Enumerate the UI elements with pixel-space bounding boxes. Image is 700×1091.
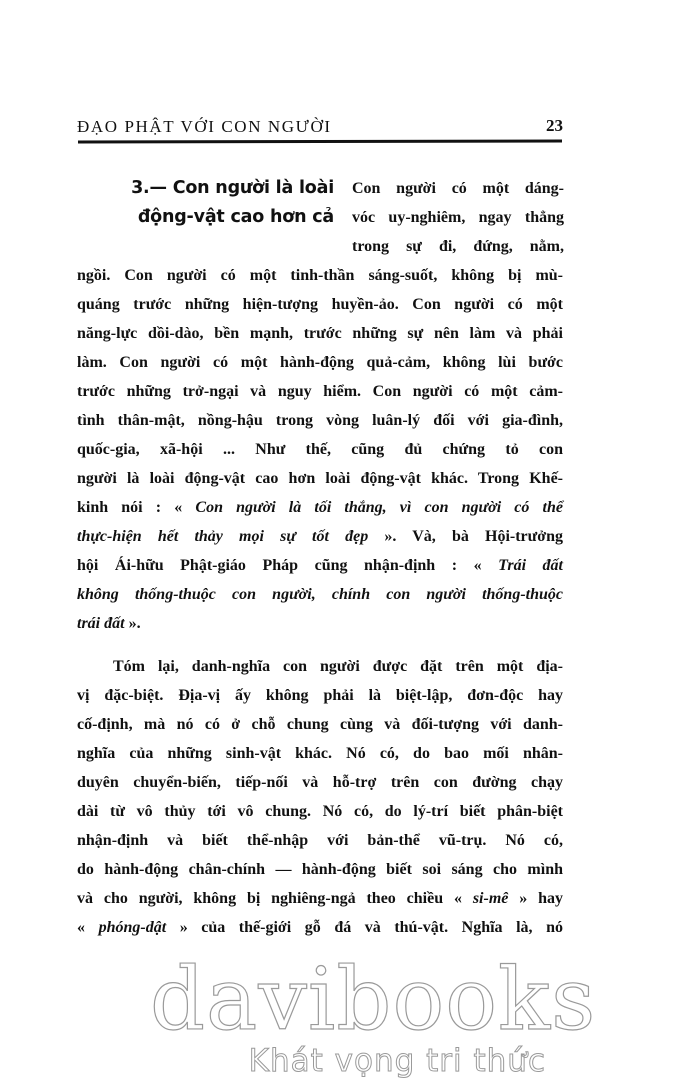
section-side-text: Con người có một dáng- vóc uy-nghiêm, ng… — [352, 174, 564, 261]
text-line: cố-định, mà nó có ở chỗ chung cùng và đố… — [77, 710, 563, 739]
text-line: hội Ái-hữu Phật-giáo Pháp cũng nhận-định… — [77, 551, 563, 580]
italic-quote: Con người là tối thắng, vì con người có … — [195, 499, 563, 516]
text-segment: quốc-gia, xã-hội ... Như thế, cũng đủ ch… — [77, 441, 563, 458]
text-segment: trước những trở-ngại và nguy hiểm. Con n… — [77, 383, 563, 400]
text-segment: do hành-động chân-chính — hành-động biết… — [77, 861, 563, 878]
text-segment: ngồi. Con người có một tinh-thần sáng-su… — [77, 267, 563, 284]
italic-quote: Trái đất — [498, 557, 563, 574]
text-segment: kinh nói : « — [77, 499, 195, 516]
text-segment: dài từ vô thủy tới vô chung. Nó có, do l… — [77, 803, 563, 820]
text-line: và cho người, không bị nghiêng-ngả theo … — [77, 884, 563, 913]
italic-quote: trái đất — [77, 615, 125, 632]
text-segment: hội Ái-hữu Phật-giáo Pháp cũng nhận-định… — [77, 557, 498, 574]
paragraph-1: ngồi. Con người có một tinh-thần sáng-su… — [77, 261, 563, 638]
text-segment: ». Và, bà Hội-trưởng — [368, 528, 563, 545]
italic-quote: không thống-thuộc con người, chính con n… — [77, 586, 563, 603]
text-segment: « — [77, 919, 99, 936]
text-segment: nghĩa của những sinh-vật khác. Nó có, do… — [77, 745, 563, 762]
running-title: ĐẠO PHẬT VỚI CON NGƯỜI — [77, 117, 332, 137]
text-line: quáng trước những hiện-tượng huyền-ảo. C… — [77, 290, 563, 319]
text-segment: cố-định, mà nó có ở chỗ chung cùng và đố… — [77, 716, 563, 733]
header-rule — [78, 139, 562, 143]
paragraph-2: Tóm lại, danh-nghĩa con người được đặt t… — [77, 652, 563, 942]
text-line: người là loài động-vật cao hơn loài động… — [77, 464, 563, 493]
text-line: vị đặc-biệt. Địa-vị ấy không phải là biệ… — [77, 681, 563, 710]
running-header: ĐẠO PHẬT VỚI CON NGƯỜI 23 — [77, 117, 563, 139]
text-segment: năng-lực dồi-dào, bền mạnh, trước những … — [77, 325, 563, 342]
page-number: 23 — [546, 116, 563, 136]
watermark-tagline: Khát vọng tri thức — [249, 1043, 546, 1079]
text-line: quốc-gia, xã-hội ... Như thế, cũng đủ ch… — [77, 435, 563, 464]
text-line: trái đất ». — [77, 609, 563, 638]
text-line: kinh nói : « Con người là tối thắng, vì … — [77, 493, 563, 522]
text-segment: ». — [125, 615, 141, 632]
italic-quote: phóng-dật — [99, 919, 167, 936]
text-line: tình thân-mật, nồng-hậu trong vòng luân-… — [77, 406, 563, 435]
text-segment: » của thế-giới gỗ đá và thú-vật. Nghĩa l… — [166, 919, 563, 936]
text-line: dài từ vô thủy tới vô chung. Nó có, do l… — [77, 797, 563, 826]
text-line: không thống-thuộc con người, chính con n… — [77, 580, 563, 609]
text-line: ngồi. Con người có một tinh-thần sáng-su… — [77, 261, 563, 290]
text-line: Con người có một dáng- — [352, 174, 564, 203]
text-segment: vị đặc-biệt. Địa-vị ấy không phải là biệ… — [77, 687, 563, 704]
text-segment: làm. Con người có một hành-động quả-cảm,… — [77, 354, 563, 371]
text-line: vóc uy-nghiêm, ngay thẳng — [352, 203, 564, 232]
text-line: do hành-động chân-chính — hành-động biết… — [77, 855, 563, 884]
text-line: trong sự đi, đứng, nằm, — [352, 232, 564, 261]
section-heading-line: 3.— Con người là loài — [100, 174, 334, 203]
text-segment: người là loài động-vật cao hơn loài động… — [77, 470, 563, 487]
text-line: Tóm lại, danh-nghĩa con người được đặt t… — [77, 652, 563, 681]
text-line: duyên chuyển-biến, tiếp-nối và hỗ-trợ tr… — [77, 768, 563, 797]
text-line: « phóng-dật » của thế-giới gỗ đá và thú-… — [77, 913, 563, 942]
italic-quote: si-mê — [473, 890, 509, 907]
text-line: thực-hiện hết thảy mọi sự tốt đẹp ». Và,… — [77, 522, 563, 551]
watermark-brand: davibooks — [150, 955, 550, 1045]
section-heading: 3.— Con người là loài động-vật cao hơn c… — [100, 174, 334, 232]
text-segment: Tóm lại, danh-nghĩa con người được đặt t… — [113, 658, 563, 675]
section-heading-line: động-vật cao hơn cả — [100, 203, 334, 232]
text-line: nhận-định và biết thể-nhập với bản-thể v… — [77, 826, 563, 855]
watermark: davibooks Khát vọng tri thức — [150, 955, 550, 1091]
text-segment: duyên chuyển-biến, tiếp-nối và hỗ-trợ tr… — [77, 774, 563, 791]
book-page: ĐẠO PHẬT VỚI CON NGƯỜI 23 3.— Con người … — [0, 0, 700, 1091]
text-line: nghĩa của những sinh-vật khác. Nó có, do… — [77, 739, 563, 768]
text-segment: » hay — [508, 890, 563, 907]
text-line: làm. Con người có một hành-động quả-cảm,… — [77, 348, 563, 377]
text-segment: quáng trước những hiện-tượng huyền-ảo. C… — [77, 296, 563, 313]
text-segment: nhận-định và biết thể-nhập với bản-thể v… — [77, 832, 563, 849]
italic-quote: thực-hiện hết thảy mọi sự tốt đẹp — [77, 528, 368, 545]
text-segment: tình thân-mật, nồng-hậu trong vòng luân-… — [77, 412, 563, 429]
text-line: trước những trở-ngại và nguy hiểm. Con n… — [77, 377, 563, 406]
text-line: năng-lực dồi-dào, bền mạnh, trước những … — [77, 319, 563, 348]
text-segment: và cho người, không bị nghiêng-ngả theo … — [77, 890, 473, 907]
